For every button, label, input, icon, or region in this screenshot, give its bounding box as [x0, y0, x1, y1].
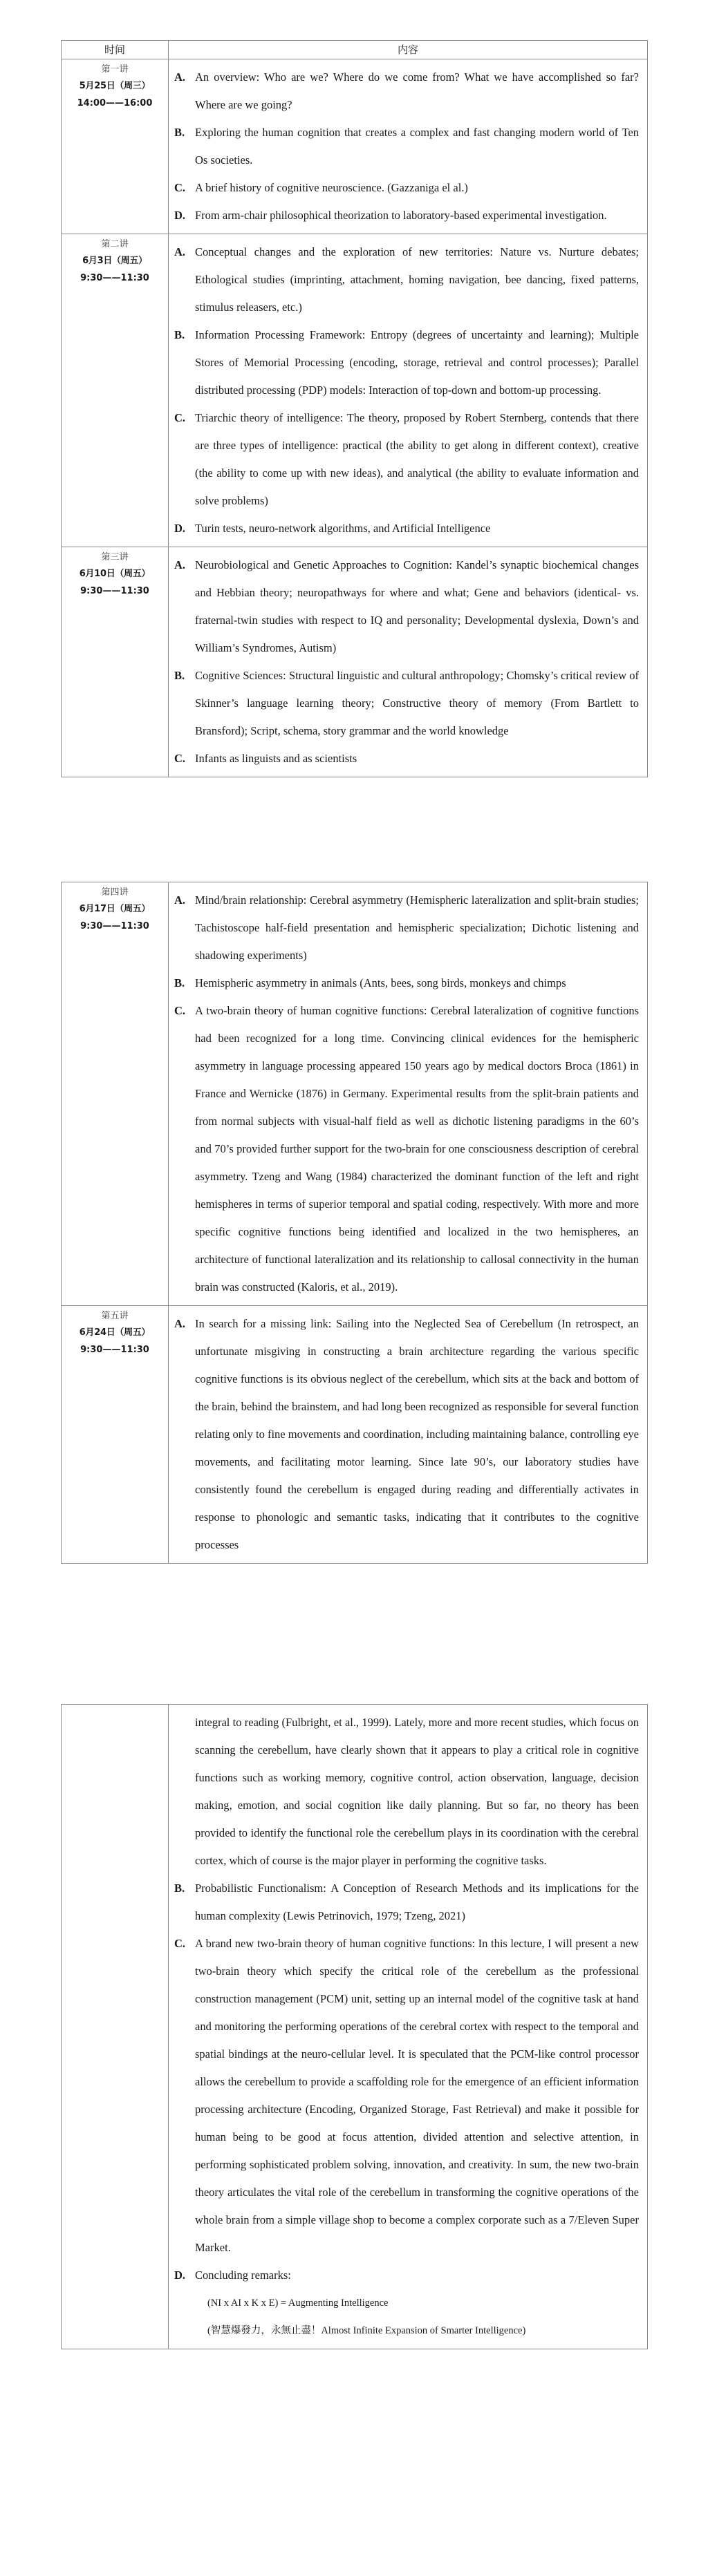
topic-item: A.In search for a missing link: Sailing … — [171, 1310, 639, 1559]
lecture-name: 第一讲 — [62, 62, 168, 77]
topic-item: B.Cognitive Sciences: Structural linguis… — [171, 662, 639, 745]
lecture-time-cell: 第五讲 6月24日（周五） 9:30——11:30 — [62, 1306, 169, 1564]
topic-letter: D. — [171, 2262, 191, 2289]
lecture-time: 9:30——11:30 — [62, 583, 168, 600]
topic-text: Turin tests, neuro-network algorithms, a… — [191, 515, 639, 542]
topic-text: A two-brain theory of human cognitive fu… — [191, 997, 639, 1301]
lecture-row-5: 第五讲 6月24日（周五） 9:30——11:30 A.In search fo… — [62, 1306, 648, 1564]
topic-item: B.Probabilistic Functionalism: A Concept… — [171, 1875, 639, 1930]
lecture-content-cell: A.Mind/brain relationship: Cerebral asym… — [169, 882, 648, 1306]
topic-item: B.Information Processing Framework: Entr… — [171, 321, 639, 404]
lecture-name: 第五讲 — [62, 1309, 168, 1324]
topic-item: C.Triarchic theory of intelligence: The … — [171, 404, 639, 515]
topic-letter: C. — [171, 997, 191, 1025]
topic-text: In search for a missing link: Sailing in… — [191, 1310, 639, 1559]
topic-item: B.Exploring the human cognition that cre… — [171, 119, 639, 174]
topic-item: A.Conceptual changes and the exploration… — [171, 238, 639, 321]
topic-letter: B. — [171, 662, 191, 690]
topic-item: C.A brand new two-brain theory of human … — [171, 1930, 639, 2262]
topic-continuation-text: integral to reading (Fulbright, et al., … — [171, 1709, 639, 1875]
topic-item: C.A brief history of cognitive neuroscie… — [171, 174, 639, 202]
topic-letter: A. — [171, 1310, 191, 1338]
lecture-time-cell-empty — [62, 1705, 169, 2349]
topic-letter: D. — [171, 515, 191, 542]
topic-text: An overview: Who are we? Where do we com… — [191, 64, 639, 119]
table-header-row: 时间 内容 — [62, 41, 648, 59]
topic-letter: A. — [171, 887, 191, 914]
topic-item: A.Neurobiological and Genetic Approaches… — [171, 551, 639, 662]
topic-text: Concluding remarks: — [191, 2262, 639, 2289]
topic-text: Neurobiological and Genetic Approaches t… — [191, 551, 639, 662]
lecture-time-cell: 第三讲 6月10日（周五） 9:30——11:30 — [62, 547, 169, 777]
lecture-time-cell: 第一讲 5月25日（周三） 14:00——16:00 — [62, 59, 169, 234]
topic-text: Probabilistic Functionalism: A Conceptio… — [191, 1875, 639, 1930]
schedule-table-page-2: 第四讲 6月17日（周五） 9:30——11:30 A.Mind/brain r… — [61, 882, 648, 1564]
lecture-row-3: 第三讲 6月10日（周五） 9:30——11:30 A.Neurobiologi… — [62, 547, 648, 777]
topic-item: C.Infants as linguists and as scientists — [171, 745, 639, 773]
topic-text: Cognitive Sciences: Structural linguisti… — [191, 662, 639, 745]
lecture-row-2: 第二讲 6月3日（周五） 9:30——11:30 A.Conceptual ch… — [62, 234, 648, 547]
topic-text: Information Processing Framework: Entrop… — [191, 321, 639, 404]
topic-letter: D. — [171, 202, 191, 229]
lecture-name: 第二讲 — [62, 237, 168, 252]
topic-item: D.Turin tests, neuro-network algorithms,… — [171, 515, 639, 542]
lecture-date: 6月24日（周五） — [62, 1324, 168, 1342]
topic-text: Conceptual changes and the exploration o… — [191, 238, 639, 321]
topic-text: Triarchic theory of intelligence: The th… — [191, 404, 639, 515]
column-header-time: 时间 — [62, 41, 169, 59]
schedule-table-page-1: 时间 内容 第一讲 5月25日（周三） 14:00——16:00 A.An ov… — [61, 40, 648, 777]
topic-text: Infants as linguists and as scientists — [191, 745, 639, 773]
topic-letter: A. — [171, 551, 191, 579]
lecture-time: 9:30——11:30 — [62, 1342, 168, 1358]
topic-letter: C. — [171, 745, 191, 773]
topic-item: B.Hemispheric asymmetry in animals (Ants… — [171, 969, 639, 997]
topic-item: C.A two-brain theory of human cognitive … — [171, 997, 639, 1301]
lecture-date: 5月25日（周三） — [62, 77, 168, 95]
topic-letter: C. — [171, 174, 191, 202]
lecture-row-4: 第四讲 6月17日（周五） 9:30——11:30 A.Mind/brain r… — [62, 882, 648, 1306]
topic-item: D.From arm-chair philosophical theorizat… — [171, 202, 639, 229]
topic-item: A.An overview: Who are we? Where do we c… — [171, 64, 639, 119]
lecture-content-cell: A.An overview: Who are we? Where do we c… — [169, 59, 648, 234]
lecture-date: 6月3日（周五） — [62, 252, 168, 270]
topic-text: A brief history of cognitive neuroscienc… — [191, 174, 639, 202]
lecture-row-1: 第一讲 5月25日（周三） 14:00——16:00 A.An overview… — [62, 59, 648, 234]
topic-text: Exploring the human cognition that creat… — [191, 119, 639, 174]
topic-letter: C. — [171, 404, 191, 432]
lecture-date: 6月17日（周五） — [62, 900, 168, 918]
lecture-name: 第三讲 — [62, 550, 168, 565]
lecture-content-cell: A.Neurobiological and Genetic Approaches… — [169, 547, 648, 777]
lecture-name: 第四讲 — [62, 885, 168, 900]
lecture-time: 14:00——16:00 — [62, 95, 168, 112]
formula-line: (智慧爆發力，永無止盡！Almost Infinite Expansion of… — [171, 2317, 639, 2345]
topic-item: D.Concluding remarks: — [171, 2262, 639, 2289]
lecture-time: 9:30——11:30 — [62, 270, 168, 287]
lecture-content-cell: A.Conceptual changes and the exploration… — [169, 234, 648, 547]
topic-letter: B. — [171, 969, 191, 997]
topic-text: Mind/brain relationship: Cerebral asymme… — [191, 887, 639, 969]
formula-line: (NI x AI x K x E) = Augmenting Intellige… — [171, 2289, 639, 2317]
topic-text: A brand new two-brain theory of human co… — [191, 1930, 639, 2262]
topic-text: From arm-chair philosophical theorizatio… — [191, 202, 639, 229]
topic-text: Hemispheric asymmetry in animals (Ants, … — [191, 969, 639, 997]
topic-letter: B. — [171, 119, 191, 146]
schedule-table-page-3: integral to reading (Fulbright, et al., … — [61, 1704, 648, 2349]
topic-letter: B. — [171, 1875, 191, 1902]
topic-letter: A. — [171, 64, 191, 91]
lecture-content-cell: integral to reading (Fulbright, et al., … — [169, 1705, 648, 2349]
topic-item: A.Mind/brain relationship: Cerebral asym… — [171, 887, 639, 969]
lecture-time-cell: 第二讲 6月3日（周五） 9:30——11:30 — [62, 234, 169, 547]
topic-letter: C. — [171, 1930, 191, 1958]
topic-letter: B. — [171, 321, 191, 349]
lecture-content-cell: A.In search for a missing link: Sailing … — [169, 1306, 648, 1564]
column-header-content: 内容 — [169, 41, 648, 59]
lecture-row-5-continued: integral to reading (Fulbright, et al., … — [62, 1705, 648, 2349]
lecture-time-cell: 第四讲 6月17日（周五） 9:30——11:30 — [62, 882, 169, 1306]
topic-letter: A. — [171, 238, 191, 266]
lecture-time: 9:30——11:30 — [62, 918, 168, 935]
lecture-date: 6月10日（周五） — [62, 565, 168, 583]
